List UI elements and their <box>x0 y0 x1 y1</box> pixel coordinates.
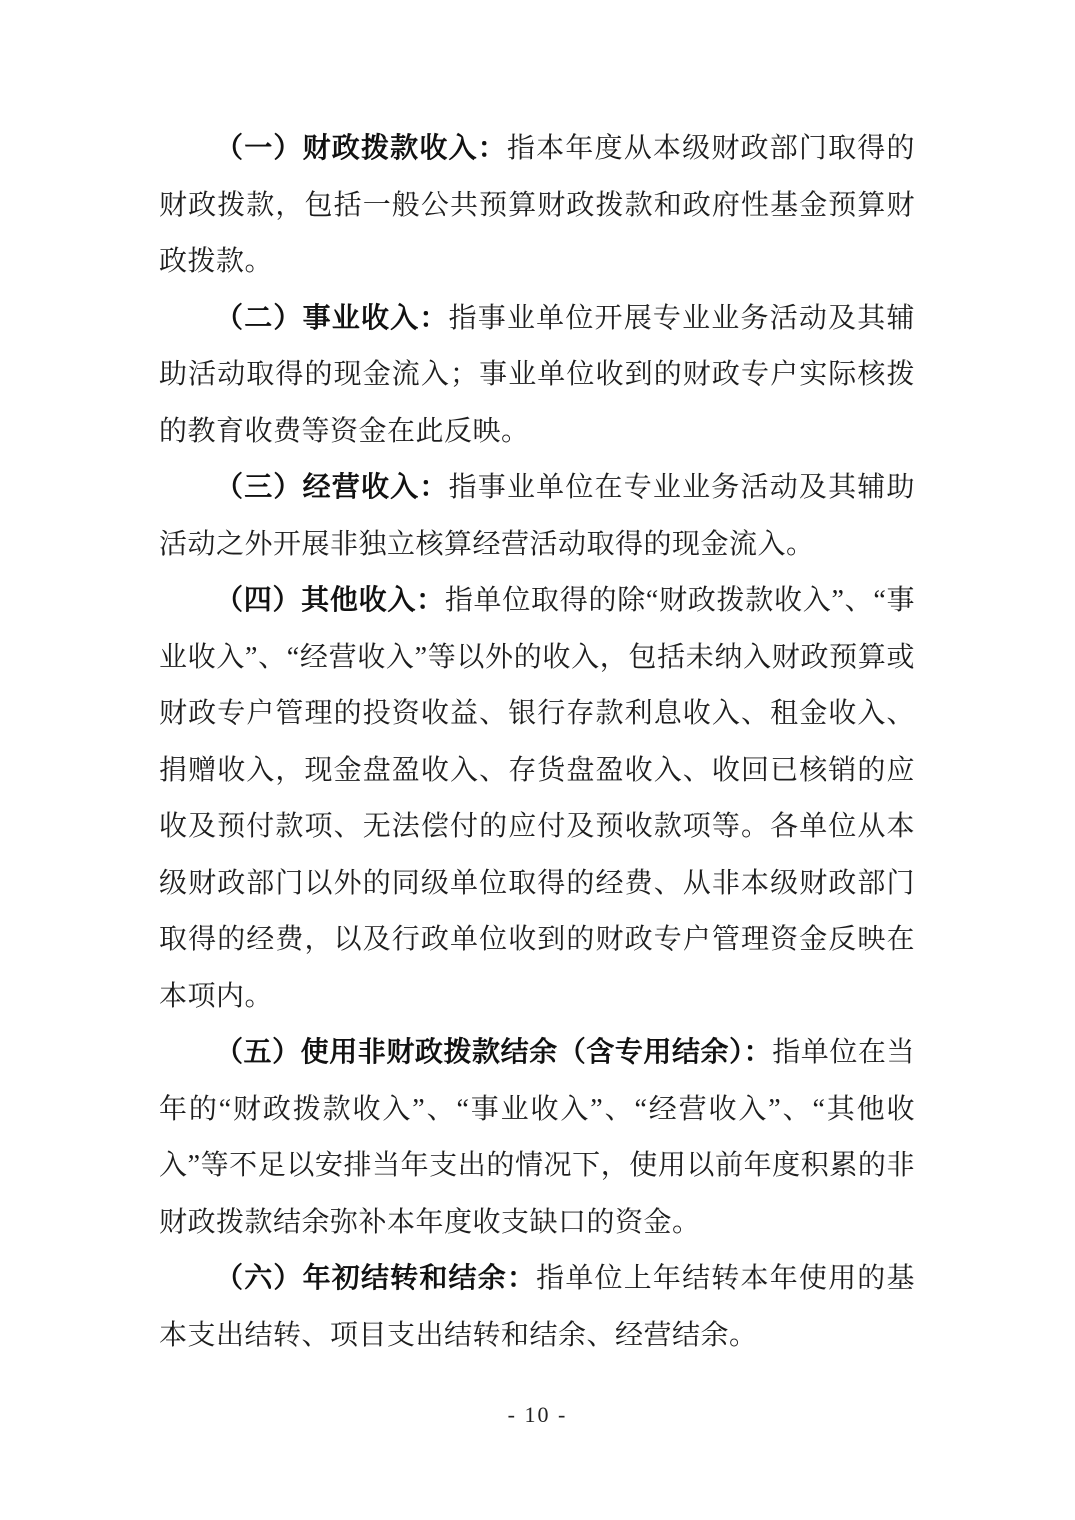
paragraph-2-heading: （二）事业收入： <box>215 303 449 334</box>
paragraph-4-text: 指单位取得的除“财政拨款收入”、“事业收入”、“经营收入”等以外的收入，包括未纳… <box>159 585 915 1012</box>
paragraph-1-heading: （一）财政拨款收入： <box>215 133 507 164</box>
paragraph-4-heading: （四）其他收入： <box>215 585 445 616</box>
document-body: （一）财政拨款收入：指本年度从本级财政部门取得的财政拨款，包括一般公共预算财政拨… <box>159 121 915 1364</box>
paragraph-6: （六）年初结转和结余：指单位上年结转本年使用的基本支出结转、项目支出结转和结余、… <box>159 1251 915 1364</box>
paragraph-6-heading: （六）年初结转和结余： <box>215 1263 536 1294</box>
paragraph-1: （一）财政拨款收入：指本年度从本级财政部门取得的财政拨款，包括一般公共预算财政拨… <box>159 121 915 291</box>
page-number: - 10 - <box>0 1402 1075 1428</box>
paragraph-5-heading: （五）使用非财政拨款结余（含专用结余）： <box>215 1037 772 1068</box>
paragraph-2: （二）事业收入：指事业单位开展专业业务活动及其辅助活动取得的现金流入；事业单位收… <box>159 291 915 461</box>
document-page: （一）财政拨款收入：指本年度从本级财政部门取得的财政拨款，包括一般公共预算财政拨… <box>0 0 1075 1520</box>
paragraph-3: （三）经营收入：指事业单位在专业业务活动及其辅助活动之外开展非独立核算经营活动取… <box>159 460 915 573</box>
paragraph-4: （四）其他收入：指单位取得的除“财政拨款收入”、“事业收入”、“经营收入”等以外… <box>159 573 915 1025</box>
paragraph-5: （五）使用非财政拨款结余（含专用结余）：指单位在当年的“财政拨款收入”、“事业收… <box>159 1025 915 1251</box>
paragraph-3-heading: （三）经营收入： <box>215 472 449 503</box>
